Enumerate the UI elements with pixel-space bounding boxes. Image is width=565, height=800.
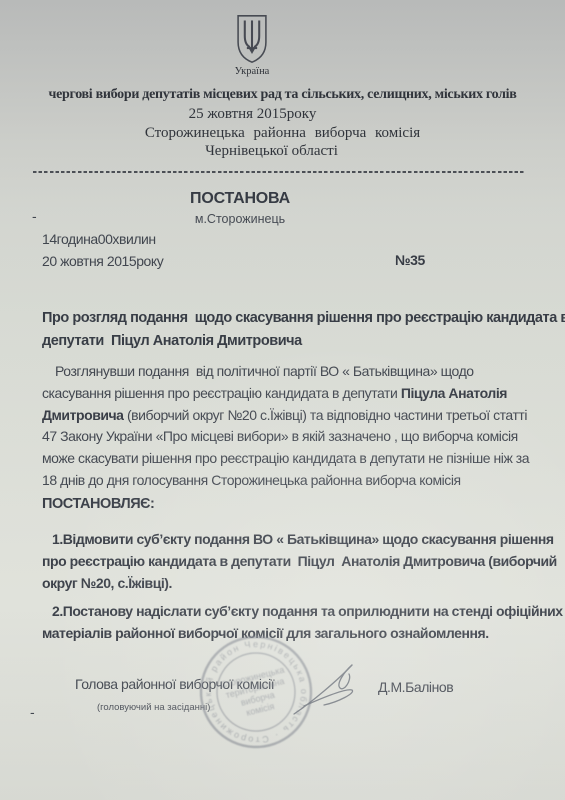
- body-line: може скасувати рішення про реєстрацію ка…: [42, 448, 529, 470]
- item-line: про реєстрацію кандидата в депутати Піцу…: [42, 551, 557, 573]
- decree-date: 20 жовтня 2015року: [42, 251, 163, 273]
- candidate-name-bold: Піцула Анатолія: [401, 385, 507, 401]
- body-line: 47 Закону України «Про місцеві вибори» в…: [42, 426, 529, 448]
- document-photo: Україна чергові вибори депутатів місцеви…: [0, 0, 565, 800]
- header-election-line: чергові вибори депутатів місцевих рад та…: [20, 87, 545, 103]
- resolves-heading: ПОСТАНОВЛЯЄ:: [42, 494, 154, 516]
- dashed-divider: [33, 171, 526, 173]
- margin-dash-bottom: -: [30, 704, 35, 720]
- decree-number: №35: [395, 250, 425, 272]
- decree-place: м.Сторожинець: [30, 212, 450, 226]
- body-line: Дмитровича (виборчий округ №20 с.Їжівці)…: [42, 405, 529, 427]
- item-line: 1.Відмовити суб’єкту подання ВО « Батькі…: [42, 529, 557, 551]
- decree-time: 14година00хвилин: [42, 229, 156, 251]
- header-oblast-line: Чернівецької області: [20, 143, 523, 160]
- resolution-item-1: 1.Відмовити суб’єкту подання ВО « Батькі…: [42, 529, 557, 595]
- subject-line: депутати Піцул Анатолія Дмитровича: [42, 330, 565, 353]
- handwritten-signature: [286, 652, 370, 720]
- coat-of-arms-tryzub-icon: [235, 14, 269, 64]
- decree-subject: Про розгляд подання щодо скасування ріше…: [42, 307, 565, 353]
- signer-name: Д.М.Балінов: [378, 677, 453, 699]
- body-segment: скасування рішення про реєстрацію кандид…: [42, 385, 401, 401]
- document-content: Україна чергові вибори депутатів місцеви…: [0, 0, 565, 800]
- subject-line: Про розгляд подання щодо скасування ріше…: [42, 307, 565, 330]
- item-line: округ №20, с.Їжівці).: [42, 573, 557, 595]
- decree-body-paragraph: Розглянувши подання від політичної парті…: [42, 361, 529, 492]
- body-segment: (виборчий округ №20 с.Їжівці) та відпові…: [127, 407, 527, 423]
- decree-title: ПОСТАНОВА: [30, 190, 450, 208]
- header-commission-line: Сторожинецька районна виборча комісія: [20, 125, 545, 142]
- item-line: 2.Постанову надіслати суб’єкту подання т…: [42, 601, 563, 623]
- body-line: Розглянувши подання від політичної парті…: [42, 361, 529, 383]
- candidate-name-bold: Дмитровича: [42, 407, 127, 423]
- header-date-line: 25 жовтня 2015року: [20, 106, 485, 123]
- body-line: 18 днів до дня голосування Сторожинецька…: [42, 470, 529, 492]
- emblem-country-label: Україна: [202, 66, 302, 77]
- margin-dash-top: -: [32, 208, 37, 224]
- signer-role-note: (головуючий на засіданні): [97, 702, 210, 713]
- body-line: скасування рішення про реєстрацію кандид…: [42, 383, 529, 405]
